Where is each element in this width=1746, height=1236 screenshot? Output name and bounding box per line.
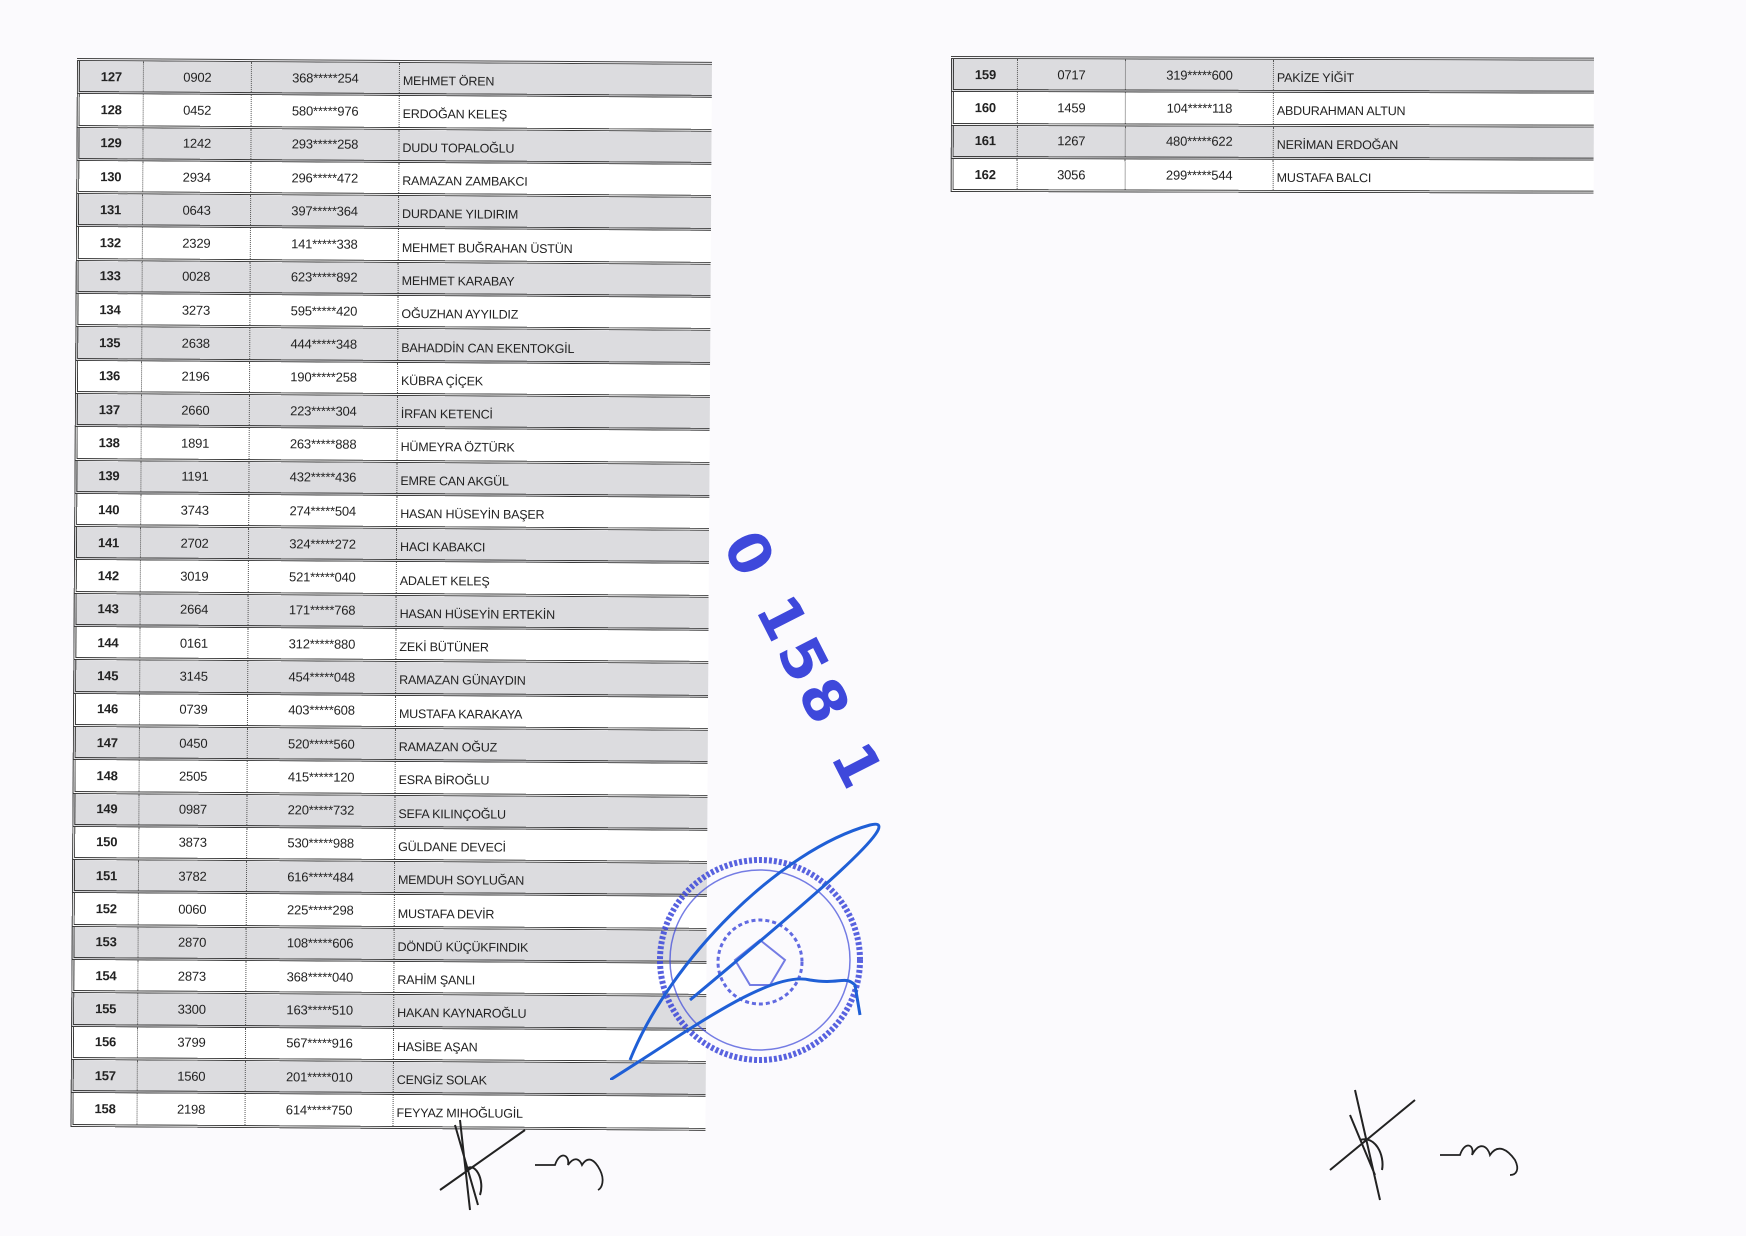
table-row: 1453145454*****048RAMAZAN GÜNAYDIN xyxy=(73,660,708,697)
code-cell: 2870 xyxy=(139,927,247,958)
row-number: 153 xyxy=(75,927,139,958)
row-number: 142 xyxy=(77,560,141,591)
signature-icon-left xyxy=(430,1110,630,1220)
code-cell: 3873 xyxy=(139,827,247,858)
name-cell: PAKİZE YİĞİT xyxy=(1274,60,1594,91)
code-cell: 0452 xyxy=(144,95,252,126)
table-row: 1310643397*****364DURDANE YILDIRIM xyxy=(76,194,711,231)
id-number-cell: 480*****622 xyxy=(1126,126,1274,157)
id-number-cell: 616*****484 xyxy=(247,861,395,892)
table-row: 1270902368*****254MEHMET ÖREN xyxy=(77,61,712,98)
table-row: 1460739403*****608MUSTAFA KARAKAYA xyxy=(73,694,708,731)
code-cell: 2198 xyxy=(137,1094,245,1125)
table-row: 1412702324*****272HACI KABAKCI xyxy=(74,527,709,564)
name-cell: MUSTAFA BALCI xyxy=(1274,160,1594,191)
row-number: 160 xyxy=(954,92,1018,122)
id-number-cell: 595*****420 xyxy=(250,295,398,326)
row-number: 147 xyxy=(76,727,140,758)
id-number-cell: 299*****544 xyxy=(1126,159,1274,190)
code-cell: 1242 xyxy=(143,128,251,159)
code-cell: 1560 xyxy=(138,1060,246,1091)
code-cell: 2505 xyxy=(140,761,248,792)
name-cell: BAHADDİN CAN EKENTOKGİL xyxy=(398,329,710,361)
table-row: 1440161312*****880ZEKİ BÜTÜNER xyxy=(73,627,708,664)
id-number-cell: 190*****258 xyxy=(250,362,398,393)
name-cell: MEHMET ÖREN xyxy=(400,63,712,95)
name-cell: ESRA BİROĞLU xyxy=(396,762,708,794)
id-number-cell: 141*****338 xyxy=(251,229,399,260)
row-number: 128 xyxy=(80,94,144,125)
row-number: 159 xyxy=(954,59,1018,89)
code-cell: 2196 xyxy=(142,361,250,392)
table-row: 1302934296*****472RAMAZAN ZAMBAKCI xyxy=(76,161,711,198)
official-seal-icon xyxy=(610,810,900,1080)
name-cell: HÜMEYRA ÖZTÜRK xyxy=(398,429,710,461)
document-number-stamp: 0 158 1 xyxy=(709,520,899,804)
table-row: 1391191432*****436EMRE CAN AKGÜL xyxy=(74,461,709,498)
row-number: 138 xyxy=(78,427,142,458)
code-cell: 2660 xyxy=(142,394,250,425)
name-cell: HASAN HÜSEYİN BAŞER xyxy=(397,496,709,528)
table-row: 1423019521*****040ADALET KELEŞ xyxy=(74,560,709,597)
row-number: 150 xyxy=(75,827,139,858)
code-cell: 2638 xyxy=(142,328,250,359)
id-number-cell: 274*****504 xyxy=(249,495,397,526)
name-cell: KÜBRA ÇİÇEK xyxy=(398,363,710,395)
id-number-cell: 220*****732 xyxy=(247,795,395,826)
code-cell: 0161 xyxy=(140,627,248,658)
code-cell: 0060 xyxy=(139,894,247,925)
signature-icon-right xyxy=(1320,1075,1520,1205)
row-number: 129 xyxy=(79,128,143,159)
name-cell: HASAN HÜSEYİN ERTEKİN xyxy=(397,596,709,628)
row-number: 132 xyxy=(79,227,143,258)
id-number-cell: 108*****606 xyxy=(247,928,395,959)
row-number: 135 xyxy=(78,327,142,358)
name-cell: RAMAZAN OĞUZ xyxy=(396,729,708,761)
id-number-cell: 263*****888 xyxy=(250,428,398,459)
id-number-cell: 397*****364 xyxy=(251,195,399,226)
row-number: 149 xyxy=(75,794,139,825)
row-number: 148 xyxy=(76,760,140,791)
id-number-cell: 368*****254 xyxy=(252,62,400,93)
table-row: 1372660223*****304İRFAN KETENCİ xyxy=(75,394,710,431)
code-cell: 3300 xyxy=(138,994,246,1025)
row-number: 144 xyxy=(76,627,140,658)
row-number: 158 xyxy=(73,1093,137,1124)
id-number-cell: 319*****600 xyxy=(1126,59,1274,90)
row-number: 136 xyxy=(78,361,142,392)
row-number: 154 xyxy=(74,960,138,991)
row-number: 140 xyxy=(77,494,141,525)
table-row: 1623056299*****544MUSTAFA BALCI xyxy=(951,159,1594,194)
id-number-cell: 530*****988 xyxy=(247,828,395,859)
name-cell: MEHMET KARABAY xyxy=(399,263,711,295)
row-number: 143 xyxy=(77,594,141,625)
name-cell: ABDURAHMAN ALTUN xyxy=(1274,93,1594,124)
right-results-table: 1590717319*****600PAKİZE YİĞİT1601459104… xyxy=(951,56,1594,194)
name-cell: NERİMAN ERDOĞAN xyxy=(1274,126,1594,157)
code-cell: 0028 xyxy=(143,261,251,292)
code-cell: 3145 xyxy=(140,661,248,692)
id-number-cell: 163*****510 xyxy=(246,994,394,1025)
name-cell: RAMAZAN GÜNAYDIN xyxy=(396,662,708,694)
name-cell: HACI KABAKCI xyxy=(397,529,709,561)
code-cell: 0987 xyxy=(139,794,247,825)
name-cell: MUSTAFA KARAKAYA xyxy=(396,696,708,728)
name-cell: DUDU TOPALOĞLU xyxy=(399,130,711,162)
row-number: 139 xyxy=(77,461,141,492)
code-cell: 3782 xyxy=(139,861,247,892)
table-row: 1352638444*****348BAHADDİN CAN EKENTOKGİ… xyxy=(75,327,710,364)
row-number: 146 xyxy=(76,694,140,725)
table-row: 1381891263*****888HÜMEYRA ÖZTÜRK xyxy=(75,427,710,464)
table-row: 1362196190*****258KÜBRA ÇİÇEK xyxy=(75,361,710,398)
code-cell: 1191 xyxy=(141,461,249,492)
id-number-cell: 104*****118 xyxy=(1126,93,1274,124)
code-cell: 3799 xyxy=(138,1027,246,1058)
code-cell: 1891 xyxy=(142,428,250,459)
id-number-cell: 614*****750 xyxy=(245,1094,393,1125)
row-number: 152 xyxy=(75,893,139,924)
id-number-cell: 201*****010 xyxy=(246,1061,394,1092)
id-number-cell: 368*****040 xyxy=(246,961,394,992)
name-cell: ERDOĞAN KELEŞ xyxy=(400,96,712,128)
table-row: 1330028623*****892MEHMET KARABAY xyxy=(76,261,711,298)
table-row: 1470450520*****560RAMAZAN OĞUZ xyxy=(73,727,708,764)
row-number: 127 xyxy=(80,61,144,92)
id-number-cell: 454*****048 xyxy=(248,661,396,692)
id-number-cell: 223*****304 xyxy=(250,395,398,426)
id-number-cell: 444*****348 xyxy=(250,328,398,359)
code-cell: 0643 xyxy=(143,195,251,226)
table-row: 1432664171*****768HASAN HÜSEYİN ERTEKİN xyxy=(74,594,709,631)
code-cell: 1267 xyxy=(1018,126,1126,157)
id-number-cell: 225*****298 xyxy=(247,894,395,925)
code-cell: 0717 xyxy=(1018,59,1126,90)
name-cell: DURDANE YILDIRIM xyxy=(399,196,711,228)
row-number: 162 xyxy=(954,159,1018,189)
row-number: 151 xyxy=(75,860,139,891)
name-cell: EMRE CAN AKGÜL xyxy=(397,463,709,495)
code-cell: 2702 xyxy=(141,528,249,559)
code-cell: 2934 xyxy=(143,161,251,192)
row-number: 141 xyxy=(77,527,141,558)
code-cell: 3019 xyxy=(141,561,249,592)
name-cell: ZEKİ BÜTÜNER xyxy=(396,629,708,661)
table-row: 1343273595*****420OĞUZHAN AYYILDIZ xyxy=(75,294,710,331)
row-number: 161 xyxy=(954,126,1018,156)
id-number-cell: 580*****976 xyxy=(252,95,400,126)
name-cell: MEHMET BUĞRAHAN ÜSTÜN xyxy=(399,229,711,261)
table-row: 1601459104*****118ABDURAHMAN ALTUN xyxy=(951,92,1594,127)
table-row: 1280452580*****976ERDOĞAN KELEŞ xyxy=(77,94,712,131)
row-number: 137 xyxy=(78,394,142,425)
table-row: 1322329141*****338MEHMET BUĞRAHAN ÜSTÜN xyxy=(76,227,711,264)
code-cell: 0902 xyxy=(144,61,252,92)
id-number-cell: 521*****040 xyxy=(249,562,397,593)
row-number: 155 xyxy=(74,993,138,1024)
stamp-number-text: 0 158 1 xyxy=(709,520,899,804)
row-number: 130 xyxy=(79,161,143,192)
table-row: 1482505415*****120ESRA BİROĞLU xyxy=(73,760,708,797)
name-cell: OĞUZHAN AYYILDIZ xyxy=(398,296,710,328)
code-cell: 1459 xyxy=(1018,92,1126,123)
code-cell: 2873 xyxy=(138,960,246,991)
row-number: 134 xyxy=(78,294,142,325)
table-row: 1403743274*****504HASAN HÜSEYİN BAŞER xyxy=(74,494,709,531)
id-number-cell: 520*****560 xyxy=(248,728,396,759)
id-number-cell: 171*****768 xyxy=(249,595,397,626)
name-cell: İRFAN KETENCİ xyxy=(398,396,710,428)
id-number-cell: 623*****892 xyxy=(251,262,399,293)
code-cell: 2329 xyxy=(143,228,251,259)
row-number: 145 xyxy=(76,660,140,691)
id-number-cell: 293*****258 xyxy=(251,129,399,160)
code-cell: 0739 xyxy=(140,694,248,725)
code-cell: 3743 xyxy=(141,494,249,525)
name-cell: ADALET KELEŞ xyxy=(397,562,709,594)
id-number-cell: 312*****880 xyxy=(248,628,396,659)
table-row: 1611267480*****622NERİMAN ERDOĞAN xyxy=(951,126,1594,161)
row-number: 133 xyxy=(79,261,143,292)
id-number-cell: 567*****916 xyxy=(246,1028,394,1059)
code-cell: 0450 xyxy=(140,727,248,758)
name-cell: RAMAZAN ZAMBAKCI xyxy=(399,163,711,195)
table-row: 1590717319*****600PAKİZE YİĞİT xyxy=(951,59,1594,94)
row-number: 131 xyxy=(79,194,143,225)
row-number: 156 xyxy=(74,1027,138,1058)
id-number-cell: 403*****608 xyxy=(248,695,396,726)
id-number-cell: 296*****472 xyxy=(251,162,399,193)
id-number-cell: 432*****436 xyxy=(249,462,397,493)
table-row: 1291242293*****258DUDU TOPALOĞLU xyxy=(76,128,711,165)
code-cell: 3056 xyxy=(1018,159,1126,190)
id-number-cell: 324*****272 xyxy=(249,528,397,559)
row-number: 157 xyxy=(74,1060,138,1091)
id-number-cell: 415*****120 xyxy=(248,761,396,792)
code-cell: 2664 xyxy=(141,594,249,625)
code-cell: 3273 xyxy=(142,294,250,325)
